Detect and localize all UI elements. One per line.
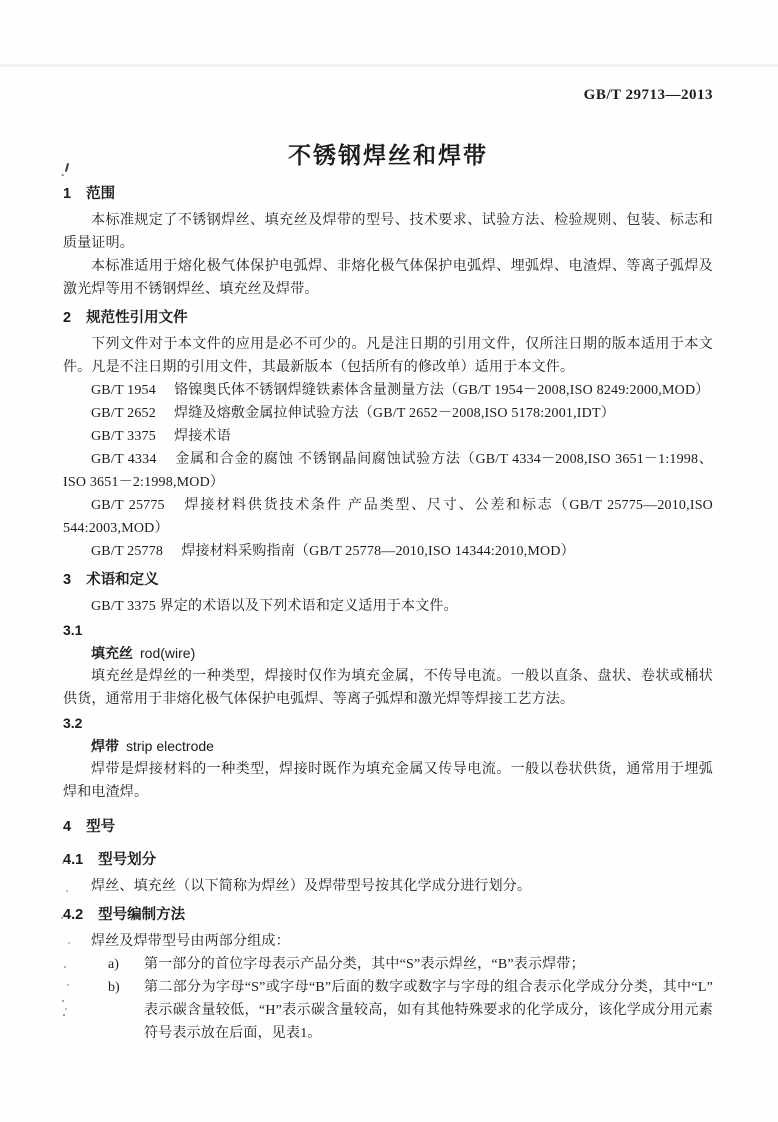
subsection-4-1-heading: 4.1 型号划分 xyxy=(63,849,713,872)
subsection-4-1-number: 4.1 xyxy=(63,849,83,872)
scan-artifact-speckles xyxy=(62,862,64,864)
section-3-heading: 3 术语和定义 xyxy=(63,569,713,592)
section-1-heading: 1 范围 xyxy=(63,183,713,206)
reference-code: GB/T 1954 xyxy=(91,383,174,398)
reference-code: GB/T 2652 xyxy=(91,406,174,421)
term-definition: 焊带是焊接材料的一种类型，焊接时既作为填充金属又传导电流。一般以卷状供货，通常用… xyxy=(63,758,713,804)
section-2-title: 规范性引用文件 xyxy=(86,307,188,330)
list-item-b: b) 第二部分为字母“S”或字母“B”后面的数字或数字与字母的组合表示化学成分分… xyxy=(63,976,713,1045)
section-2-number: 2 xyxy=(63,307,71,330)
section-4-number: 4 xyxy=(63,816,71,839)
reference-item: GB/T 1954铬镍奥氏体不锈钢焊缝铁素体含量测量方法（GB/T 1954－2… xyxy=(63,379,713,402)
list-marker: a) xyxy=(108,953,144,976)
scope-paragraph-2: 本标准适用于熔化极气体保护电弧焊、非熔化极气体保护电弧焊、埋弧焊、电渣焊、等离子… xyxy=(63,255,713,301)
reference-item: GB/T 2652焊缝及熔敷金属拉伸试验方法（GB/T 2652－2008,IS… xyxy=(63,402,713,425)
reference-item: GB/T 3375焊接术语 xyxy=(63,425,713,448)
section-2-heading: 2 规范性引用文件 xyxy=(63,307,713,330)
reference-code: GB/T 4334 xyxy=(91,452,175,467)
reference-code: GB/T 25778 xyxy=(91,544,181,559)
terms-intro: GB/T 3375 界定的术语以及下列术语和定义适用于本文件。 xyxy=(63,595,713,618)
scan-artifact-band xyxy=(0,64,778,67)
term-definition: 填充丝是焊丝的一种类型，焊接时仅作为填充金属，不传导电流。一般以直条、盘状、卷状… xyxy=(63,665,713,711)
section-4-title: 型号 xyxy=(86,816,115,839)
reference-item: GB/T 4334金属和合金的腐蚀 不锈钢晶间腐蚀试验方法（GB/T 4334－… xyxy=(63,448,713,494)
type-division-paragraph: 焊丝、填充丝（以下简称为焊丝）及焊带型号按其化学成分进行划分。 xyxy=(63,875,713,898)
reference-item: GB/T 25775焊接材料供货技术条件 产品类型、尺寸、公差和标志（GB/T … xyxy=(63,494,713,540)
term-name: 焊带strip electrode xyxy=(63,735,713,758)
reference-title: 焊接术语 xyxy=(174,429,231,444)
section-1-number: 1 xyxy=(63,183,71,206)
section-1-title: 范围 xyxy=(86,183,115,206)
subsection-4-2-heading: 4.2 型号编制方法 xyxy=(63,904,713,927)
term-name-en: strip electrode xyxy=(126,738,214,754)
references-intro: 下列文件对于本文件的应用是必不可少的。凡是注日期的引用文件，仅所注日期的版本适用… xyxy=(63,333,713,379)
term-name-zh: 填充丝 xyxy=(91,645,133,661)
reference-title: 焊缝及熔敷金属拉伸试验方法（GB/T 2652－2008,ISO 5178:20… xyxy=(174,406,615,421)
term-number: 3.1 xyxy=(63,619,713,642)
type-method-lead: 焊丝及焊带型号由两部分组成： xyxy=(63,930,713,953)
reference-code: GB/T 25775 xyxy=(91,498,183,513)
scope-paragraph-1: 本标准规定了不锈钢焊丝、填充丝及焊带的型号、技术要求、试验方法、检验规则、包装、… xyxy=(63,209,713,255)
list-text: 第一部分的首位字母表示产品分类，其中“S”表示焊丝，“B”表示焊带； xyxy=(144,953,713,976)
term-name-zh: 焊带 xyxy=(91,738,119,754)
term-name: 填充丝rod(wire) xyxy=(63,642,713,665)
list-marker: b) xyxy=(108,976,144,1045)
section-4-heading: 4 型号 xyxy=(63,816,713,839)
term-name-en: rod(wire) xyxy=(140,645,195,661)
reference-title: 铬镍奥氏体不锈钢焊缝铁素体含量测量方法（GB/T 1954－2008,ISO 8… xyxy=(174,383,709,398)
list-text: 第二部分为字母“S”或字母“B”后面的数字或数字与字母的组合表示化学成分分类，其… xyxy=(144,976,713,1045)
subsection-4-1-title: 型号划分 xyxy=(98,849,156,872)
subsection-4-2-number: 4.2 xyxy=(63,904,83,927)
term-number: 3.2 xyxy=(63,712,713,735)
standard-code: GB/T 29713—2013 xyxy=(63,86,713,104)
reference-title: 焊接材料采购指南（GB/T 25778—2010,ISO 14344:2010,… xyxy=(181,544,575,559)
reference-item: GB/T 25778焊接材料采购指南（GB/T 25778—2010,ISO 1… xyxy=(63,540,713,563)
list-item-a: a) 第一部分的首位字母表示产品分类，其中“S”表示焊丝，“B”表示焊带； xyxy=(63,953,713,976)
scanned-standard-page: GB/T 29713—2013 不锈钢焊丝和焊带 1 范围 本标准规定了不锈钢焊… xyxy=(0,0,778,1122)
document-title: 不锈钢焊丝和焊带 xyxy=(63,140,713,170)
section-3-title: 术语和定义 xyxy=(86,569,159,592)
section-3-number: 3 xyxy=(63,569,71,592)
reference-code: GB/T 3375 xyxy=(91,429,174,444)
subsection-4-2-title: 型号编制方法 xyxy=(98,904,185,927)
